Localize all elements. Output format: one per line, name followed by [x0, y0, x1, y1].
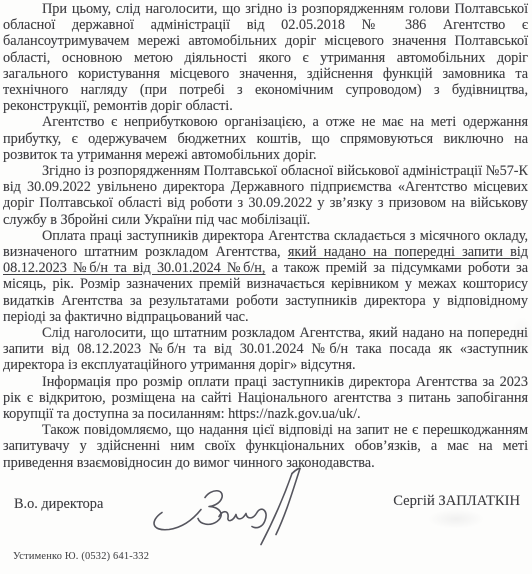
- signer-name: Сергій ЗАПЛАТКІН: [393, 493, 520, 510]
- paragraph: Згідно із розпорядженням Полтавської обл…: [3, 163, 528, 228]
- text-run: Згідно із розпорядженням Полтавської обл…: [3, 163, 528, 228]
- text-run: При цьому, слід наголосити, що згідно із…: [3, 1, 528, 114]
- paragraph: Агентство є неприбутковою організацією, …: [3, 114, 528, 163]
- paragraph: Оплата праці заступників директора Агент…: [3, 228, 528, 325]
- letter-body: При цьому, слід наголосити, що згідно із…: [3, 1, 528, 471]
- text-run: Слід наголосити, що штатним розкладом Аг…: [3, 325, 528, 373]
- paragraph: При цьому, слід наголосити, що згідно із…: [3, 1, 528, 114]
- text-run: Агентство є неприбутковою організацією, …: [3, 114, 528, 162]
- text-run: Інформація про розмір оплати праці засту…: [3, 374, 528, 422]
- signer-position-label: В.о. директора: [14, 496, 103, 513]
- scanned-letter-page: При цьому, слід наголосити, що згідно із…: [0, 0, 532, 574]
- executor-contact: Устименко Ю. (0532) 641-332: [13, 551, 149, 562]
- paragraph: Слід наголосити, що штатним розкладом Аг…: [3, 325, 528, 374]
- handwritten-signature-icon: [146, 464, 346, 554]
- paragraph: Інформація про розмір оплати праці засту…: [3, 374, 528, 423]
